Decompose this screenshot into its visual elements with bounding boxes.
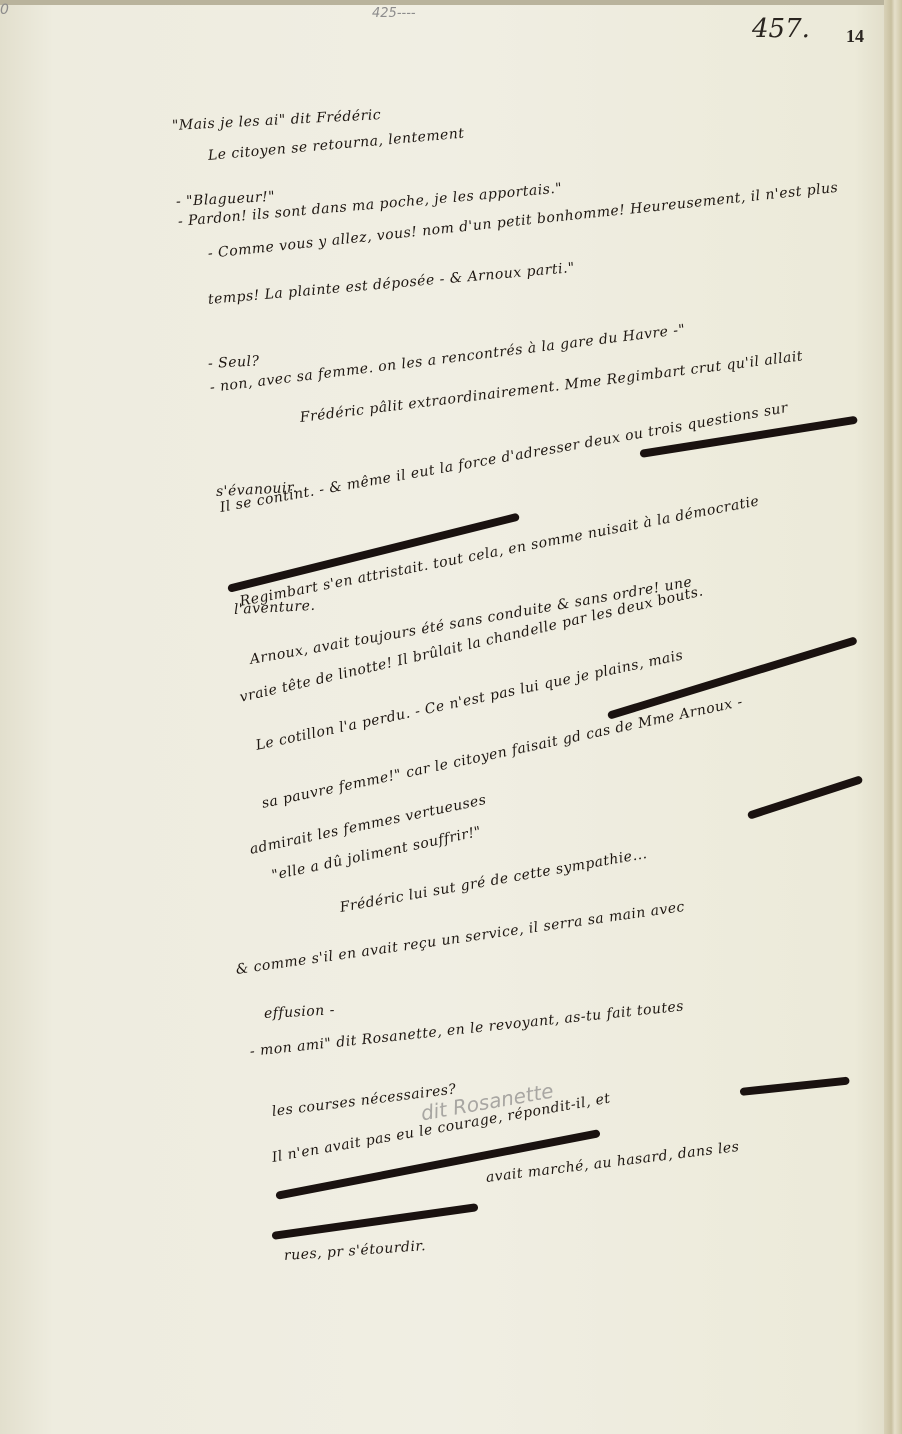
page-top-edge: [0, 0, 902, 5]
left-margin-mark: 0: [0, 2, 9, 18]
manuscript-page: [0, 0, 890, 1434]
manuscript-line: - Seul?: [208, 353, 260, 372]
folio-handwritten: 457.: [752, 14, 810, 44]
pencil-reference: 425----: [372, 6, 416, 21]
page-fore-edge: [884, 0, 902, 1434]
folio-stamped: 14: [846, 26, 864, 47]
